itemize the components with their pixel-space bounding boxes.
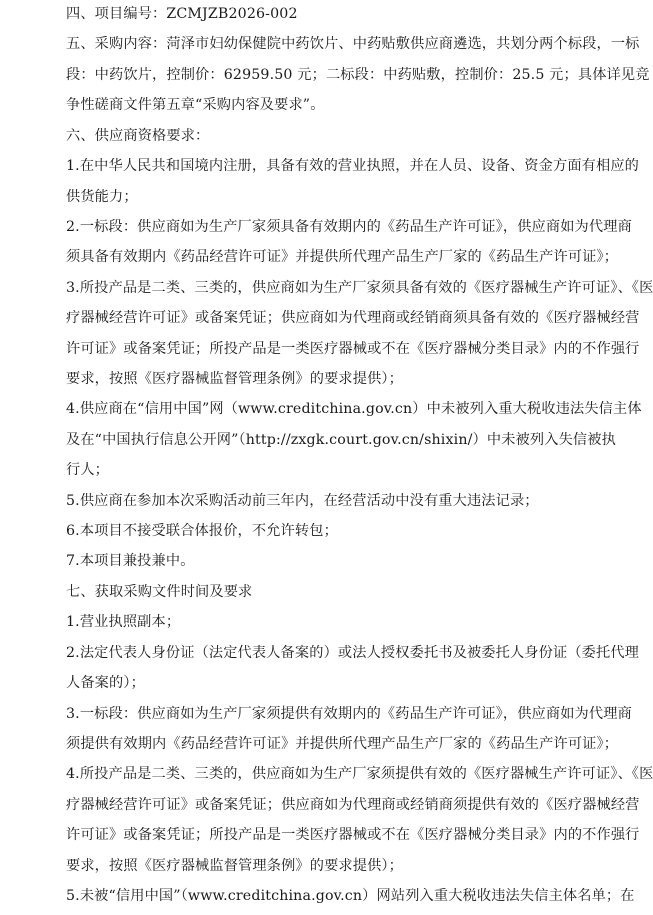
requirement-line: 4.供应商在“信用中国”网（www.creditchina.gov.cn）中未被… — [66, 399, 642, 419]
document-requirement-line: 须提供有效期内《药品经营许可证》并提供所代理产品生产厂家的《药品生产许可证》； — [66, 734, 618, 754]
requirement-line: 及在“中国执行信息公开网”（http://zxgk.court.gov.cn/s… — [66, 430, 616, 450]
requirement-line: 须具备有效期内《药品经营许可证》并提供所代理产品生产厂家的《药品生产许可证》； — [66, 247, 618, 267]
requirement-line: 1.在中华人民共和国境内注册，具备有效的营业执照，并在人员、设备、资金方面有相应… — [66, 156, 639, 176]
requirement-line: 疗器械经营许可证》或备案凭证；供应商如为代理商或经销商须具备有效的《医疗器械经营 — [66, 308, 640, 328]
requirement-line: 3.所投产品是二类、三类的，供应商如为生产厂家须具备有效的《医疗器械生产许可证》… — [66, 278, 653, 298]
section-seven-heading: 七、获取采购文件时间及要求 — [66, 582, 252, 602]
procurement-content-line: 五、采购内容：菏泽市妇幼保健院中药饮片、中药贴敷供应商遴选，共划分两个标段，一标 — [66, 34, 640, 54]
procurement-content-line: 争性磋商文件第五章“采购内容及要求”。 — [66, 95, 325, 115]
section-six-heading: 六、供应商资格要求： — [66, 126, 209, 146]
requirement-line: 许可证》或备案凭证；所投产品是一类医疗器械或不在《医疗器械分类目录》内的不作强行 — [66, 339, 640, 359]
document-requirement-line: 人备案的）； — [66, 673, 145, 693]
document-requirement-line: 要求，按照《医疗器械监督管理条例》的要求提供）； — [66, 856, 403, 876]
requirement-line: 5.供应商在参加本次采购活动前三年内，在经营活动中没有重大违法记录； — [66, 491, 539, 511]
requirement-line: 7.本项目兼投兼中。 — [66, 551, 195, 571]
requirement-line: 6.本项目不接受联合体报价，不允许转包； — [66, 521, 338, 541]
requirement-line: 要求，按照《医疗器械监督管理条例》的要求提供）； — [66, 369, 403, 389]
requirement-line: 2.一标段：供应商如为生产厂家须具备有效期内的《药品生产许可证》，供应商如为代理… — [66, 217, 632, 237]
requirement-line: 供货能力； — [66, 187, 138, 207]
document-requirement-line: 1.营业执照副本； — [66, 612, 180, 632]
document-requirement-line: 2.法定代表人身份证（法定代表人备案的）或法人授权委托书及被委托人身份证（委托代… — [66, 643, 639, 663]
document-requirement-line: 3.一标段：供应商如为生产厂家须提供有效期内的《药品生产许可证》，供应商如为代理… — [66, 704, 632, 724]
document-requirement-line: 5.未被“信用中国”（www.creditchina.gov.cn）网站列入重大… — [66, 886, 635, 906]
procurement-content-line: 段：中药饮片，控制价：62959.50 元；二标段：中药贴敷，控制价：25.5 … — [66, 65, 650, 85]
document-requirement-line: 4.所投产品是二类、三类的，供应商如为生产厂家须提供有效的《医疗器械生产许可证》… — [66, 764, 653, 784]
project-number-line: 四、项目编号：ZCMJZB2026-002 — [66, 4, 298, 24]
document-requirement-line: 许可证》或备案凭证；所投产品是一类医疗器械或不在《医疗器械分类目录》内的不作强行 — [66, 825, 640, 845]
document-requirement-line: 疗器械经营许可证》或备案凭证；供应商如为代理商或经销商须提供有效的《医疗器械经营 — [66, 795, 640, 815]
requirement-line: 行人； — [66, 460, 109, 480]
